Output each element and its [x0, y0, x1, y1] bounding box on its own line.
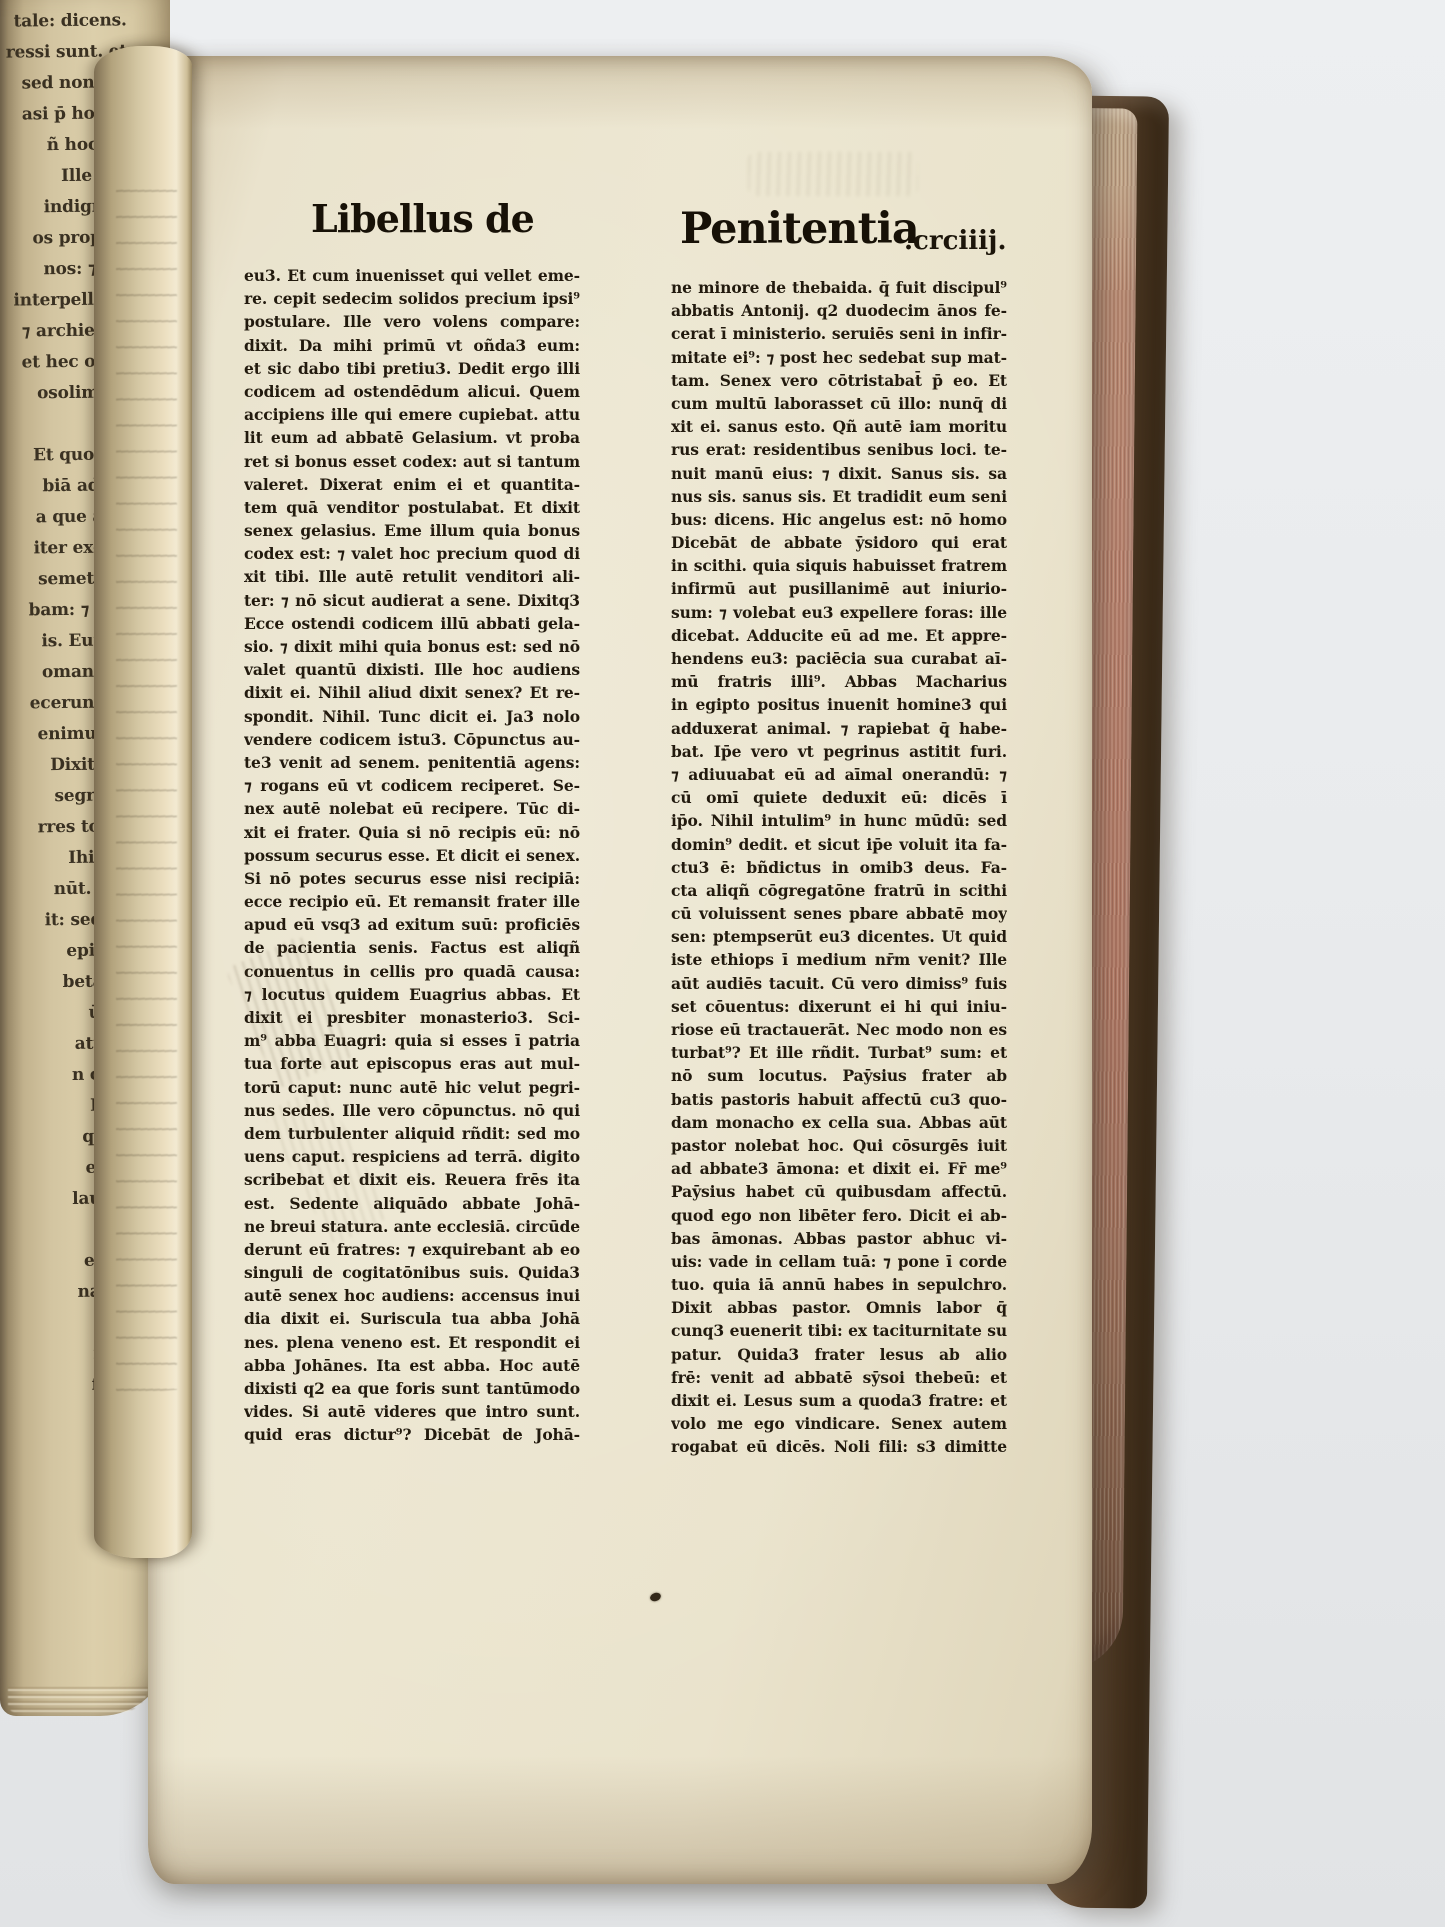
curled-leaf-text-texture [116, 180, 177, 1394]
text-line: frē: venit ad abbatē sȳsoi thebeū: et [671, 1366, 1007, 1389]
ink-showthrough [748, 152, 918, 196]
text-line: rus erat: residentibus senibus loci. te- [671, 438, 1007, 461]
text-line: mū fratris illi⁹. Abbas Macharius [671, 670, 1007, 693]
text-line: cunq3 euenerit tibi: ex taciturnitate su [671, 1319, 1007, 1342]
text-line: codicem ad ostendēdum alicui. Quem [244, 380, 580, 403]
text-line: sen: ptempserūt eu3 dicentes. Ut quid [671, 925, 1007, 948]
text-line: autē senex hoc audiens: accensus inui [244, 1284, 580, 1307]
text-column-right: ne minore de thebaida. q̄ fuit discipul⁹… [671, 276, 1007, 1459]
text-line: batis pastoris habuit affectū cu3 quo- [671, 1088, 1007, 1111]
text-line: nuit manū eius: ⁊ dixit. Sanus sis. sa [671, 462, 1007, 485]
text-line: sum: ⁊ volebat eu3 expellere foras: ille [671, 601, 1007, 624]
text-line: ad abbate3 āmona: et dixit ei. Fr̄ me⁹ [671, 1157, 1007, 1180]
text-line: rogabat eū dicēs. Noli fili: s3 dimitte [671, 1435, 1007, 1458]
text-line: set cōuentus: dixerunt ei hi qui iniu- [671, 995, 1007, 1018]
text-line: cū voluissent senes pbare abbatē moy [671, 902, 1007, 925]
text-line: infirmū aut pusillanimē aut iniurio- [671, 577, 1007, 600]
text-line: quod ego non libēter fero. Dicit ei ab- [671, 1204, 1007, 1227]
text-line: te3 venit ad senem. penitentiā agens: [244, 751, 580, 774]
text-line: eu3. Et cum inuenisset qui vellet eme- [244, 264, 580, 287]
text-line: adduxerat animal. ⁊ rapiebat q̄ habe- [671, 717, 1007, 740]
text-line: dixit. Da mihi primū vt oñda3 eum: [244, 334, 580, 357]
text-line: xit ei frater. Quia si nō recipis eū: nō [244, 821, 580, 844]
text-line: ⁊ adiuuabat eū ad aīmal onerandū: ⁊ [671, 763, 1007, 786]
main-page: Libellus de Penitentia .crciiij. eu3. Et… [148, 56, 1092, 1884]
running-title-right: Penitentia [680, 204, 919, 254]
text-line: ter: ⁊ nō sicut audierat a sene. Dixitq3 [244, 589, 580, 612]
text-line: nō sum locutus. Paȳsius frater ab [671, 1064, 1007, 1087]
text-line: nes. plena veneno est. Et respondit ei [244, 1331, 580, 1354]
text-line: tale: dicens. [0, 5, 127, 37]
text-line: ne breui statura. ante ecclesiā. circūde [244, 1215, 580, 1238]
text-column-left: eu3. Et cum inuenisset qui vellet eme-re… [244, 264, 580, 1447]
text-line: Dixit abbas pastor. Omnis labor q̄ [671, 1296, 1007, 1319]
text-line: Paȳsius habet cū quibusdam affectū. [671, 1180, 1007, 1203]
text-line: volo me ego vindicare. Senex autem [671, 1412, 1007, 1435]
text-line: re. cepit sedecim solidos precium ipsi⁹ [244, 287, 580, 310]
text-line: dam monacho ex cella sua. Abbas aūt [671, 1111, 1007, 1134]
text-line: Ecce ostendi codicem illū abbati gela- [244, 612, 580, 635]
text-line: dixisti q2 ea que foris sunt tantūmodo [244, 1377, 580, 1400]
text-line: dicebat. Adducite eū ad me. Et appre- [671, 624, 1007, 647]
text-line: cum multū laborasset cū illo: nunq̄ di [671, 392, 1007, 415]
text-line: cū omī quiete deduxit eū: dicēs ī semet [671, 786, 1007, 809]
text-line: vendere codicem istu3. Cōpunctus au- [244, 728, 580, 751]
text-line: postulare. Ille vero volens compare: [244, 310, 580, 333]
text-line: xit tibi. Ille autē retulit venditori al… [244, 565, 580, 588]
running-title-left: Libellus de [311, 196, 534, 241]
text-line: accipiens ille qui emere cupiebat. attu [244, 403, 580, 426]
text-line: lit eum ad abbatē Gelasium. vt proba [244, 426, 580, 449]
text-line: sio. ⁊ dixit mihi quia bonus est: sed nō [244, 635, 580, 658]
text-line: valeret. Dixerat enim ei et quantita- [244, 473, 580, 496]
text-line: codex est: ⁊ valet hoc precium quod di [244, 542, 580, 565]
text-line: tam. Senex vero cōtristabat̄ p̄ eo. Et [671, 369, 1007, 392]
facing-page-bottom-edge [8, 1686, 148, 1712]
text-line: in egipto positus inuenit homine3 qui [671, 693, 1007, 716]
text-line: valet quantū dixisti. Ille hoc audiens [244, 658, 580, 681]
text-line: bus: dicens. Hic angelus est: nō homo [671, 508, 1007, 531]
text-line: possum securus esse. Et dicit ei senex. [244, 844, 580, 867]
text-line: dia dixit ei. Suriscula tua abba Johā [244, 1307, 580, 1330]
text-line: ret si bonus esset codex: aut si tantum [244, 450, 580, 473]
text-line: nus sis. sanus sis. Et tradidit eum seni [671, 485, 1007, 508]
text-line: dixit ei. Nihil aliud dixit senex? Et re… [244, 681, 580, 704]
text-line: cta aliqñ cōgregatōne fratrū in scithi [671, 879, 1007, 902]
text-line: senex gelasius. Eme illum quia bonus [244, 519, 580, 542]
text-line: bas āmonas. Abbas pastor abhuc vi- [671, 1227, 1007, 1250]
photo-of-incunabulum-page: { "page": { "header": { "left_title": "L… [0, 0, 1445, 1927]
text-line: spondit. Nihil. Tunc dicit ei. Ja3 nolo [244, 705, 580, 728]
text-line: vides. Si autē videres que intro sunt. [244, 1400, 580, 1423]
text-line: mitate ei⁹: ⁊ post hec sedebat sup mat- [671, 346, 1007, 369]
text-line: hendens eu3: paciēcia sua curabat aī- [671, 647, 1007, 670]
text-line: patur. Quida3 frater lesus ab alio [671, 1343, 1007, 1366]
text-line: ⁊ rogans eū vt codicem reciperet. Se- [244, 774, 580, 797]
text-line: ne minore de thebaida. q̄ fuit discipul⁹ [671, 276, 1007, 299]
text-line: domin⁹ dedit. et sicut ip̄e voluit ita f… [671, 833, 1007, 856]
text-line: dixit ei. Lesus sum a quoda3 fratre: et [671, 1389, 1007, 1412]
text-line: et sic dabo tibi pretiu3. Dedit ergo ill… [244, 357, 580, 380]
text-line: in scithi. quia siquis habuisset fratrem [671, 554, 1007, 577]
text-line: aūt audiēs tacuit. Cū vero dimiss⁹ fuis [671, 972, 1007, 995]
folio-number: .crciiij. [904, 226, 1007, 256]
text-line: tuo. quia iā annū habes in sepulchro. [671, 1273, 1007, 1296]
curled-leaf [94, 46, 192, 1558]
text-line: turbat⁹? Et ille rñdit. Turbat⁹ sum: et [671, 1041, 1007, 1064]
text-line: derunt eū fratres: ⁊ exquirebant ab eo [244, 1238, 580, 1261]
text-line: xit ei. sanus esto. Qñ autē iam moritu [671, 415, 1007, 438]
text-line: abbatis Antonij. q2 duodecim ānos fe- [671, 299, 1007, 322]
text-line: quid eras dictur⁹? Dicebāt de Johā- [244, 1423, 580, 1446]
text-line: pastor nolebat hoc. Qui cōsurgēs iuit [671, 1134, 1007, 1157]
text-line: Dicebāt de abbate ȳsidoro qui erat [671, 531, 1007, 554]
text-line: riose eū tractauerāt. Nec modo non es [671, 1018, 1007, 1041]
text-line: ctu3 ē: bñdictus in omib3 deus. Fa- [671, 856, 1007, 879]
text-line: ip̄o. Nihil intulim⁹ in hunc mūdū: sed [671, 809, 1007, 832]
ink-speck [649, 1591, 662, 1602]
text-line: Si nō potes securus esse nisi recipiā: [244, 867, 580, 890]
text-line: ecce recipio eū. Et remansit frater ille [244, 890, 580, 913]
text-line: tem quā venditor postulabat. Et dixit [244, 496, 580, 519]
text-line: cerat ī ministerio. seruiēs seni in infi… [671, 322, 1007, 345]
text-line: singuli de cogitatōnibus suis. Quida3 [244, 1261, 580, 1284]
text-line: bat. Ip̄e vero vt pegrinus astitit furi. [671, 740, 1007, 763]
text-line: nex autē nolebat eū recipere. Tūc di- [244, 797, 580, 820]
text-line: apud eū vsq3 ad exitum suū: proficiēs [244, 913, 580, 936]
text-line: uis: vade in cellam tuā: ⁊ pone ī corde [671, 1250, 1007, 1273]
text-line: est. Sedente aliquādo abbate Johā- [244, 1192, 580, 1215]
text-line: iste ethiops ī medium nr̄m venit? Ille [671, 948, 1007, 971]
text-line: abba Johānes. Ita est abba. Hoc autē [244, 1354, 580, 1377]
